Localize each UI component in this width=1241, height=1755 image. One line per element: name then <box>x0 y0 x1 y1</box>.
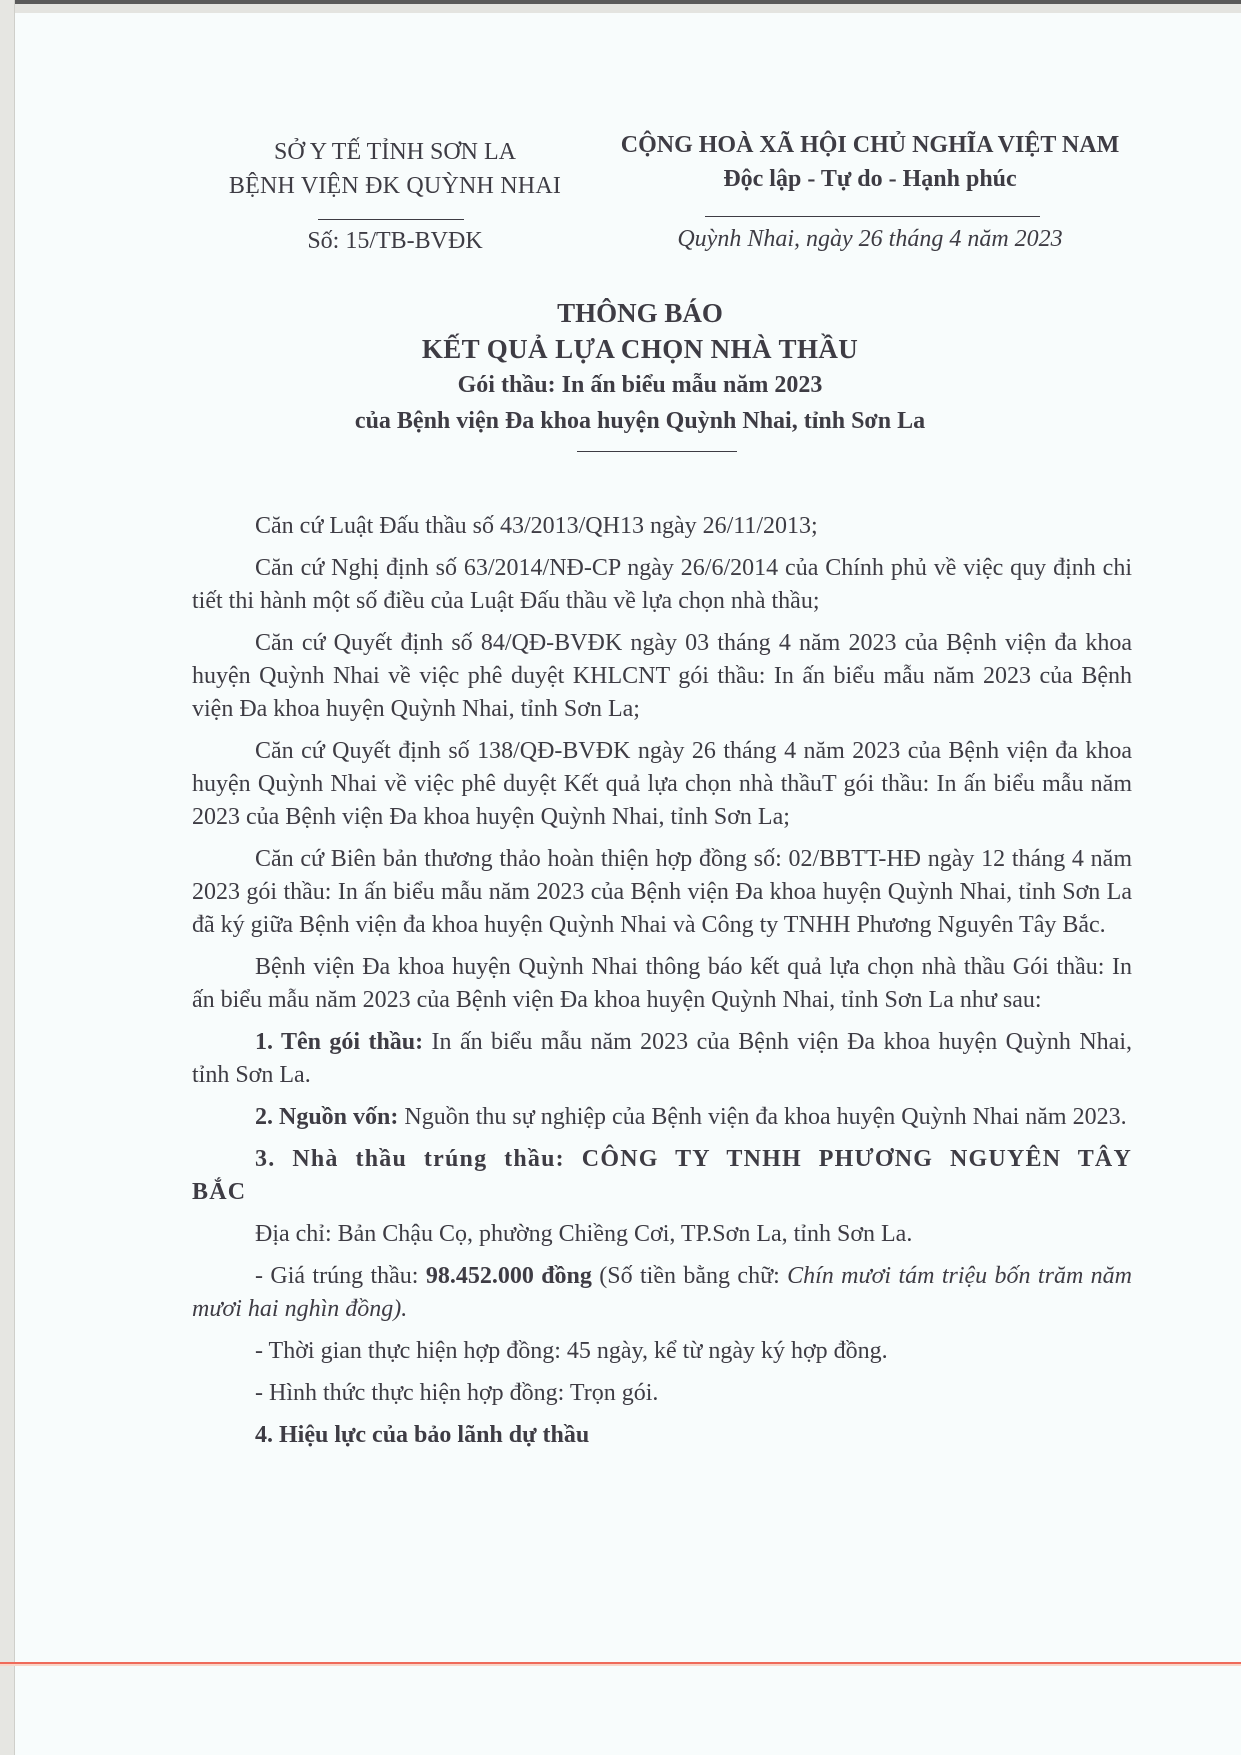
bid-security-heading: 4. Hiệu lực của bảo lãnh dự thầu <box>192 1419 1132 1452</box>
agency-underline <box>318 219 464 220</box>
package-label: 1. Tên gói thầu: <box>255 1029 423 1055</box>
preamble-1: Căn cứ Luật Đấu thầu số 43/2013/QH13 ngà… <box>192 510 1132 543</box>
funding-value: Nguồn thu sự nghiệp của Bệnh viện đa kho… <box>398 1104 1126 1130</box>
hospital-name: BỆNH VIỆN ĐK QUỲNH NHAI <box>170 169 620 203</box>
document-number: Số: 15/TB-BVĐK <box>170 228 620 255</box>
announcement: Bệnh viện Đa khoa huyện Quỳnh Nhai thông… <box>192 951 1132 1017</box>
motto-underline <box>705 216 1040 217</box>
national-header: CỘNG HOÀ XÃ HỘI CHỦ NGHĨA VIỆT NAM Độc l… <box>590 128 1150 196</box>
price-amount: 98.452.000 đồng <box>426 1263 592 1289</box>
title-line-1: THÔNG BÁO <box>200 295 1080 331</box>
preamble-4: Căn cứ Quyết định số 138/QĐ-BVĐK ngày 26… <box>192 735 1132 834</box>
item-funding: 2. Nguồn vốn: Nguồn thu sự nghiệp của Bệ… <box>192 1101 1132 1134</box>
document-body: Căn cứ Luật Đấu thầu số 43/2013/QH13 ngà… <box>192 510 1132 1461</box>
country-name: CỘNG HOÀ XÃ HỘI CHỦ NGHĨA VIỆT NAM <box>590 128 1150 162</box>
winner-label: 3. Nhà thầu trúng thầu: <box>255 1146 565 1172</box>
price-prefix: - Giá trúng thầu: <box>255 1263 426 1289</box>
contract-duration: - Thời gian thực hiện hợp đồng: 45 ngày,… <box>192 1335 1132 1368</box>
price-words-prefix: (Số tiền bằng chữ: <box>592 1263 787 1289</box>
place-and-date: Quỳnh Nhai, ngày 26 tháng 4 năm 2023 <box>620 226 1120 253</box>
item-winner: 3. Nhà thầu trúng thầu: CÔNG TY TNHH PHƯ… <box>192 1143 1132 1209</box>
funding-label: 2. Nguồn vốn: <box>255 1104 398 1130</box>
contract-type: - Hình thức thực hiện hợp đồng: Trọn gói… <box>192 1377 1132 1410</box>
preamble-3: Căn cứ Quyết định số 84/QĐ-BVĐK ngày 03 … <box>192 627 1132 726</box>
winner-address: Địa chỉ: Bản Chậu Cọ, phường Chiềng Cơi,… <box>192 1218 1132 1251</box>
title-line-4: của Bệnh viện Đa khoa huyện Quỳnh Nhai, … <box>200 403 1080 439</box>
preamble-5: Căn cứ Biên bản thương thảo hoàn thiện h… <box>192 843 1132 942</box>
parent-agency: SỞ Y TẾ TỈNH SƠN LA <box>170 135 620 169</box>
page-break-line-shadow <box>0 1664 1241 1666</box>
issuing-agency: SỞ Y TẾ TỈNH SƠN LA BỆNH VIỆN ĐK QUỲNH N… <box>170 135 620 203</box>
title-line-2: KẾT QUẢ LỰA CHỌN NHÀ THẦU <box>200 331 1080 367</box>
document-title: THÔNG BÁO KẾT QUẢ LỰA CHỌN NHÀ THẦU Gói … <box>200 295 1080 439</box>
title-line-3: Gói thầu: In ấn biểu mẫu năm 2023 <box>200 367 1080 403</box>
document-page: SỞ Y TẾ TỈNH SƠN LA BỆNH VIỆN ĐK QUỲNH N… <box>0 0 1241 1755</box>
winning-price: - Giá trúng thầu: 98.452.000 đồng (Số ti… <box>192 1260 1132 1326</box>
national-motto: Độc lập - Tự do - Hạnh phúc <box>590 162 1150 196</box>
preamble-2: Căn cứ Nghị định số 63/2014/NĐ-CP ngày 2… <box>192 552 1132 618</box>
title-underline <box>577 451 737 452</box>
item-package-name: 1. Tên gói thầu: In ấn biểu mẫu năm 2023… <box>192 1026 1132 1092</box>
